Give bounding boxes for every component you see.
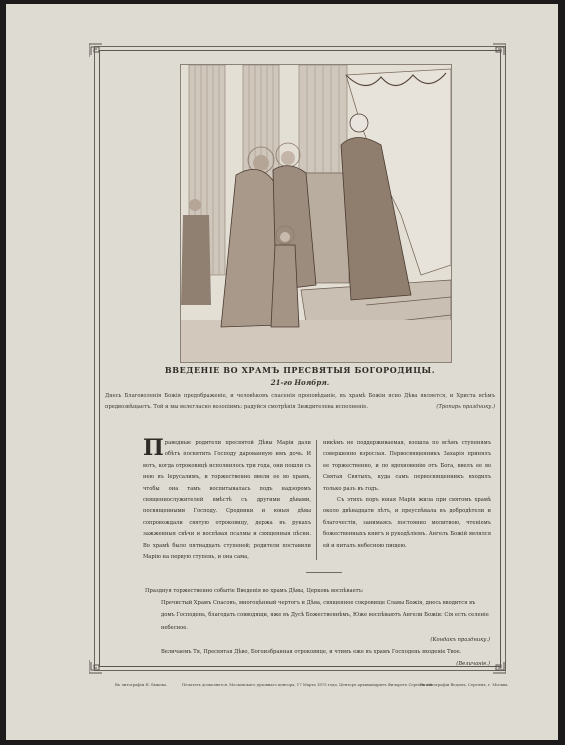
- greek-key-corner-icon: [89, 660, 105, 676]
- footer-censor-approval: Печатать дозволяется. Московскаго духовн…: [182, 682, 433, 687]
- engraving-illustration: [180, 64, 452, 363]
- body-left-column: Праведные родители пресвятой Дѣвы Маріи …: [143, 438, 311, 563]
- presentation-scene-icon: [181, 65, 451, 362]
- feast-date: 21-го Ноября.: [90, 378, 510, 387]
- body-right-column: никѣмъ не поддерживаемая, взошла по всѣм…: [323, 438, 491, 552]
- footer-lithographer: Въ литографіи Н. Быкова.: [115, 682, 167, 687]
- column-divider: [316, 440, 317, 560]
- drop-cap: П: [143, 438, 164, 458]
- magnification-source: (Величаніе.): [145, 658, 490, 670]
- right-column-paragraph: Съ этихъ поръ юная Марія жила при святом…: [323, 495, 491, 552]
- section-rule: [306, 572, 342, 573]
- document-title: ВВЕДЕНІЕ ВО ХРАМЪ ПРЕСВЯТЫЯ БОГОРОДИЦЫ.: [90, 365, 510, 375]
- hymns-intro: Празднуя торжественно событіе Введенія в…: [145, 585, 490, 597]
- hymns-section: Празднуя торжественно событіе Введенія в…: [145, 585, 490, 670]
- magnification-text: Величаемъ Тя, Пресвятая Дѣво, Богоизбран…: [145, 646, 490, 658]
- left-column-text: раведные родители пресвятой Дѣвы Маріи д…: [143, 440, 311, 560]
- kontakion-source: (Кондакъ празднику.): [145, 634, 490, 646]
- troparion-source: (Тропарь празднику.): [436, 402, 495, 413]
- right-column-paragraph: никѣмъ не поддерживаемая, взошла по всѣм…: [323, 438, 491, 495]
- kontakion-text: Пречистый Храмъ Спасовъ, многоцѣнный чер…: [145, 597, 490, 634]
- greek-key-corner-icon: [490, 660, 506, 676]
- greek-key-corner-icon: [89, 41, 105, 57]
- footer-printer: Въ типографіи Ведомъ, Сергіевъ, г. Москв…: [420, 682, 509, 687]
- troparion-text: Днесь Благоволенія Божія предображеніе, …: [105, 391, 495, 413]
- greek-key-corner-icon: [490, 41, 506, 57]
